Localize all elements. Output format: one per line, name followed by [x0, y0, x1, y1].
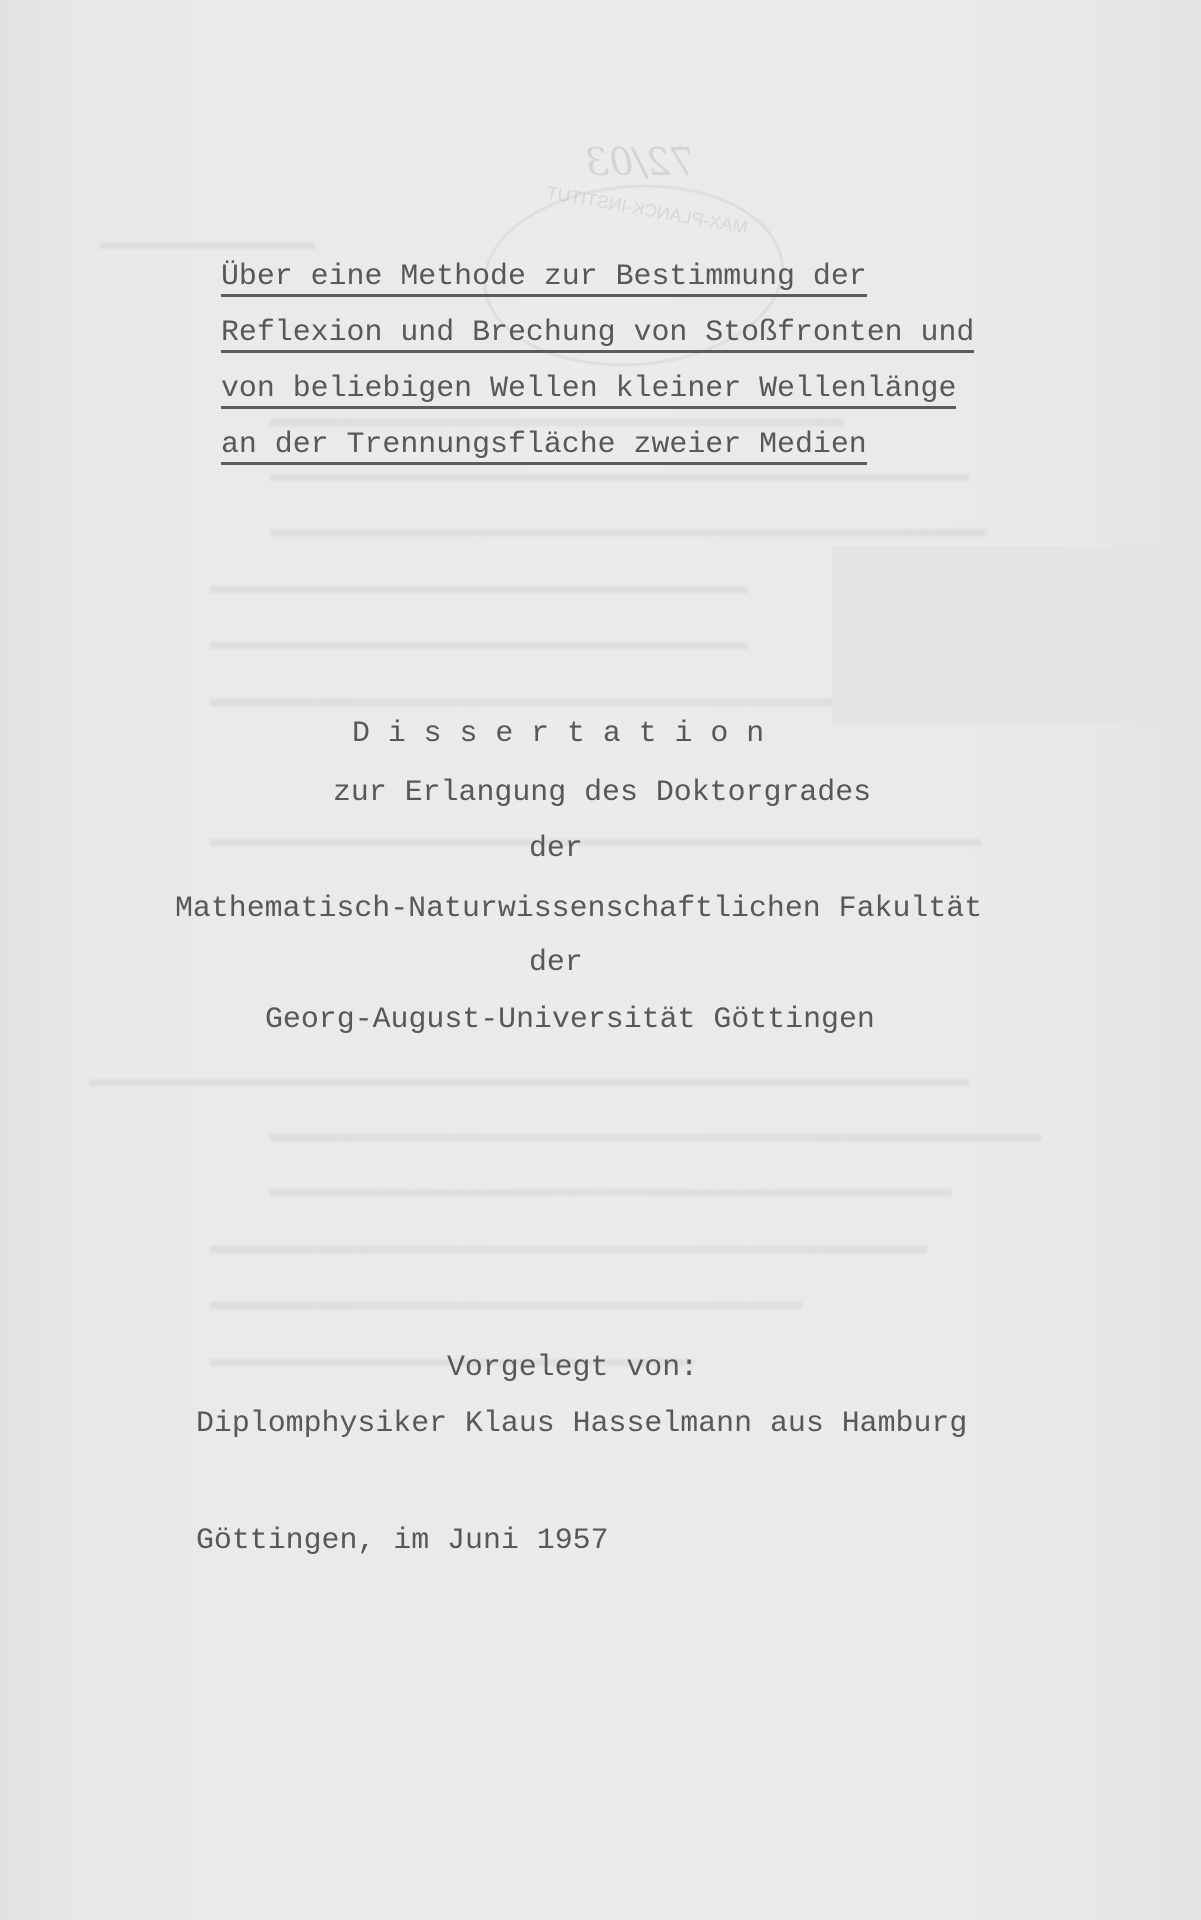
- submitted-by-label: Vorgelegt von:: [447, 1353, 698, 1383]
- title-line-1: Über eine Methode zur Bestimmung der: [221, 262, 867, 297]
- author-line: Diplomphysiker Klaus Hasselmann aus Hamb…: [196, 1409, 967, 1439]
- show-through-line: ▬▬▬▬▬▬▬▬▬▬▬▬▬▬▬▬▬▬▬▬▬▬▬▬▬▬▬▬▬▬: [210, 628, 748, 658]
- show-through-line: ▬▬▬▬▬▬▬▬▬▬▬▬▬▬▬▬▬▬▬▬▬▬▬▬▬▬▬▬▬▬▬▬▬▬▬▬▬▬▬▬…: [270, 1120, 1041, 1150]
- show-through-line: ▬▬▬▬▬▬▬▬▬▬▬▬▬▬▬▬▬▬▬▬▬▬▬▬▬▬▬▬▬▬▬▬▬: [210, 1288, 802, 1318]
- faculty-name: Mathematisch-Naturwissenschaftlichen Fak…: [175, 894, 982, 924]
- degree-purpose: zur Erlangung des Doktorgrades: [333, 778, 871, 808]
- show-through-line: ▬▬▬▬▬▬▬▬▬▬▬▬▬▬▬▬▬▬▬▬▬▬▬▬▬▬▬▬▬▬: [210, 572, 748, 602]
- show-through-line: ▬▬▬▬▬▬▬▬▬▬▬▬▬▬▬▬▬▬▬▬▬▬▬▬▬▬▬▬▬▬▬▬▬▬▬▬▬▬▬▬: [270, 515, 988, 545]
- connector-der-1: der: [529, 834, 583, 864]
- university-name: Georg-August-Universität Göttingen: [265, 1005, 875, 1035]
- show-through-line: ▬▬▬▬▬▬▬▬▬▬▬▬▬▬▬▬▬▬▬▬▬▬▬▬▬▬▬▬▬▬▬▬▬▬▬▬▬▬▬▬…: [90, 1065, 969, 1095]
- connector-der-2: der: [529, 948, 583, 978]
- document-type: Dissertation: [352, 719, 782, 749]
- place-and-date: Göttingen, im Juni 1957: [196, 1526, 609, 1556]
- show-through-line: ▬▬▬▬▬▬▬▬▬▬▬▬▬▬▬▬▬▬▬▬▬▬▬▬▬▬▬▬▬▬▬▬▬▬▬▬▬▬▬▬: [210, 1232, 928, 1262]
- title-line-2: Reflexion und Brechung von Stoßfronten u…: [221, 318, 974, 353]
- title-line-4: an der Trennungsfläche zweier Medien: [221, 430, 867, 465]
- show-through-line: ▬▬▬▬▬▬▬▬▬▬▬▬: [100, 228, 315, 258]
- show-through-line: ▬▬▬▬▬▬▬▬▬▬▬▬▬▬▬▬▬▬▬▬▬▬▬▬▬▬▬▬▬▬▬▬▬▬▬▬▬▬: [270, 1175, 952, 1205]
- handwritten-catalog-note: 72/03: [585, 140, 695, 184]
- title-line-3: von beliebigen Wellen kleiner Wellenläng…: [221, 374, 956, 409]
- blank-patch: [832, 546, 1167, 725]
- show-through-line: ▬▬▬▬▬▬▬▬▬▬▬▬▬▬▬▬▬▬▬▬▬▬▬▬▬▬▬▬▬▬▬▬▬▬▬▬▬▬▬▬…: [210, 825, 981, 855]
